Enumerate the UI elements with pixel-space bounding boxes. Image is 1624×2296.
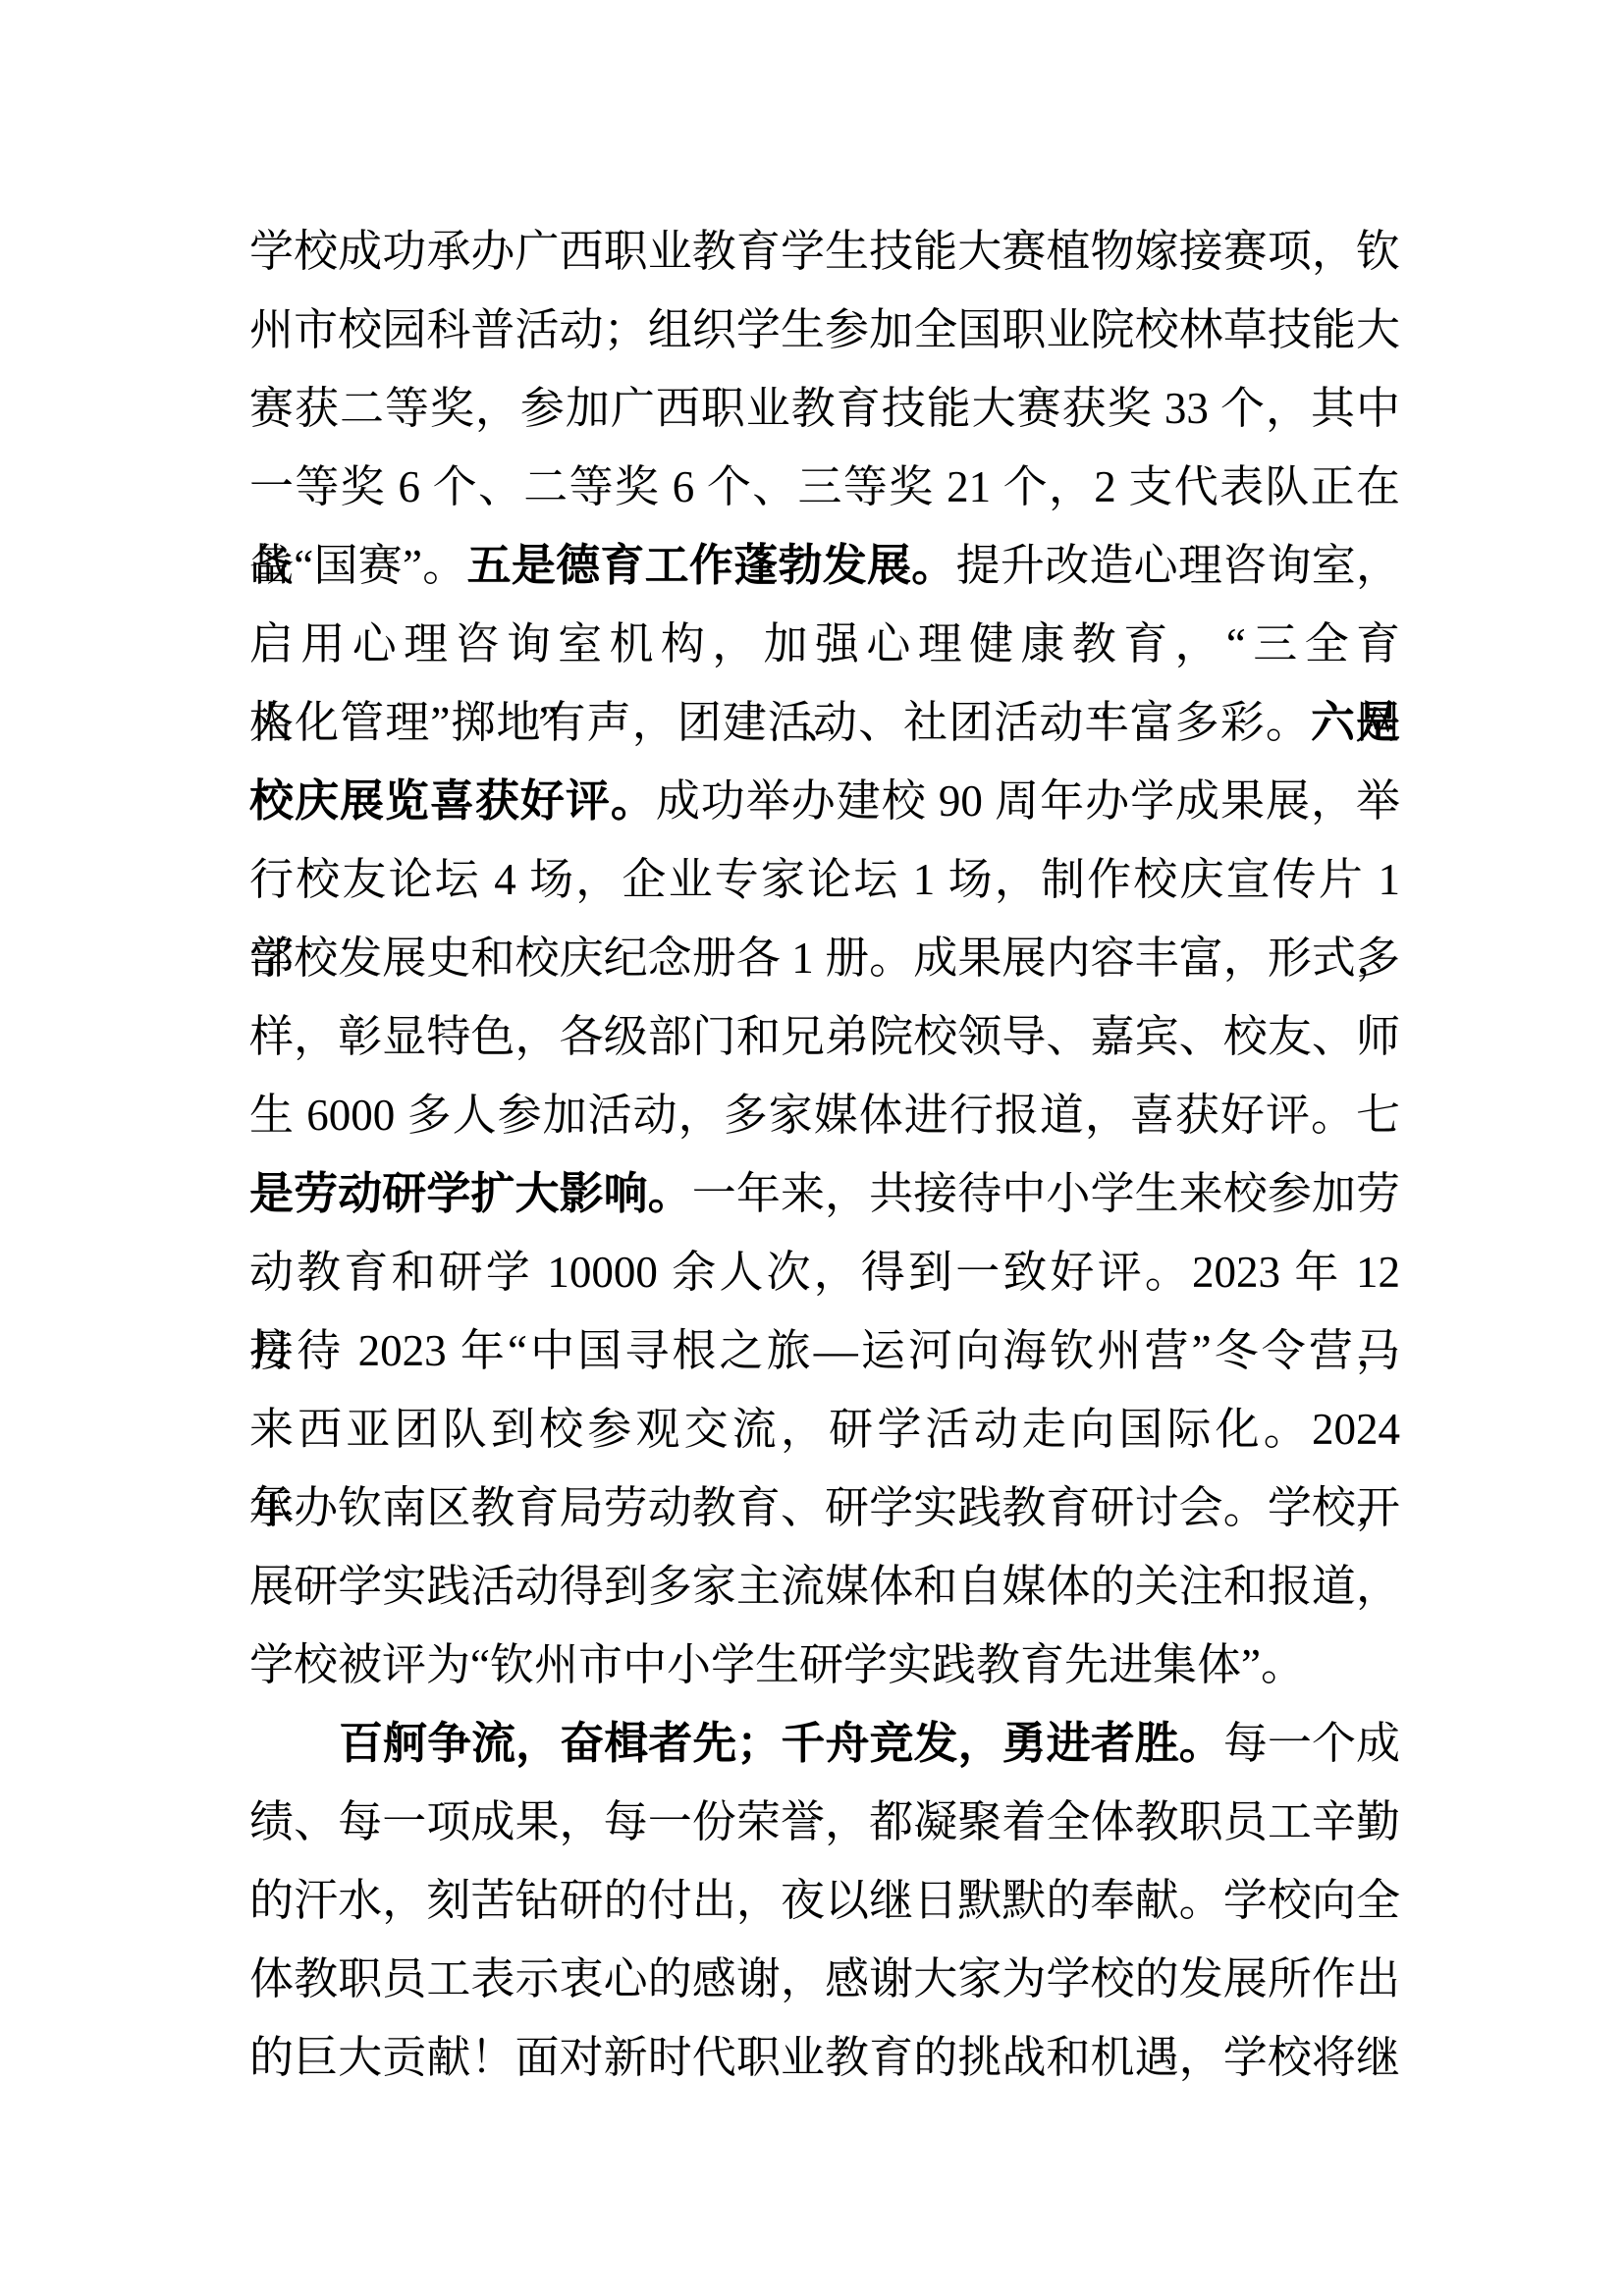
text-segment: 提升改造心理咨询室， xyxy=(956,541,1400,590)
text-segment: 的汗水，刻苦钻研的付出，夜以继日默默的奉献。学校向全 xyxy=(249,1876,1400,1925)
text-segment: 州市校园科普活动；组织学生参加全国职业院校林草技能大 xyxy=(249,305,1400,354)
bold-text-segment: 六是 xyxy=(1311,698,1400,747)
text-line: 动教育和研学 10000 余人次，得到一致好评。2023 年 12 月， xyxy=(249,1233,1400,1311)
text-line: 接待 2023 年“中国寻根之旅—运河向海钦州营”冬令营马 xyxy=(249,1311,1400,1390)
text-line: 百舸争流，奋楫者先；千舟竞发，勇进者胜。每一个成 xyxy=(249,1704,1400,1783)
text-line: 生 6000 多人参加活动，多家媒体进行报道，喜获好评。七 xyxy=(249,1076,1400,1154)
document-text: 学校成功承办广西职业教育学生技能大赛植物嫁接赛项，钦州市校园科普活动；组织学生参… xyxy=(249,212,1400,2097)
text-line: 格化管理”掷地有声，团建活动、社团活动丰富多彩。六是 xyxy=(249,683,1400,762)
text-segment: 样，彰显特色，各级部门和兄弟院校领导、嘉宾、校友、师 xyxy=(249,1012,1400,1061)
text-segment: 学校成功承办广西职业教育学生技能大赛植物嫁接赛项，钦 xyxy=(249,227,1400,276)
bold-text-segment: 是劳动研学扩大影响。 xyxy=(249,1169,692,1218)
text-line: 校庆展览喜获好评。成功举办建校 90 周年办学成果展，举 xyxy=(249,762,1400,840)
text-line: 样，彰显特色，各级部门和兄弟院校领导、嘉宾、校友、师 xyxy=(249,997,1400,1076)
text-segment: 成功举办建校 90 周年办学成果展，举 xyxy=(656,776,1400,826)
text-line: 州市校园科普活动；组织学生参加全国职业院校林草技能大 xyxy=(249,291,1400,369)
text-line: 展研学实践活动得到多家主流媒体和自媒体的关注和报道， xyxy=(249,1547,1400,1626)
text-segment: 学校被评为“钦州市中小学生研学实践教育先进集体”。 xyxy=(249,1640,1305,1689)
text-segment: 战“国赛”。 xyxy=(249,541,467,590)
text-line: 体教职员工表示衷心的感谢，感谢大家为学校的发展所作出 xyxy=(249,1940,1400,2018)
text-line: 行校友论坛 4 场，企业专家论坛 1 场，制作校庆宣传片 1 部， xyxy=(249,840,1400,919)
text-segment: 一年来，共接待中小学生来校参加劳 xyxy=(692,1169,1400,1218)
text-segment: 绩、每一项成果，每一份荣誉，都凝聚着全体教职员工辛勤 xyxy=(249,1797,1400,1846)
text-line: 是劳动研学扩大影响。一年来，共接待中小学生来校参加劳 xyxy=(249,1154,1400,1233)
text-line: 战“国赛”。五是德育工作蓬勃发展。提升改造心理咨询室， xyxy=(249,526,1400,605)
document-page: 学校成功承办广西职业教育学生技能大赛植物嫁接赛项，钦州市校园科普活动；组织学生参… xyxy=(0,0,1624,2296)
text-segment: 体教职员工表示衷心的感谢，感谢大家为学校的发展所作出 xyxy=(249,1954,1400,2003)
text-segment: 每一个成 xyxy=(1223,1719,1400,1768)
text-line: 的巨大贡献！面对新时代职业教育的挑战和机遇，学校将继 xyxy=(249,2018,1400,2097)
text-line: 赛获二等奖，参加广西职业教育技能大赛获奖 33 个，其中 xyxy=(249,369,1400,448)
text-segment: 格化管理”掷地有声，团建活动、社团活动丰富多彩。 xyxy=(249,698,1311,747)
text-segment: 赛获二等奖，参加广西职业教育技能大赛获奖 33 个，其中 xyxy=(249,384,1400,433)
text-segment: 承办钦南区教育局劳动教育、研学实践教育研讨会。学校开 xyxy=(249,1483,1400,1532)
text-segment: 生 6000 多人参加活动，多家媒体进行报道，喜获好评。七 xyxy=(249,1091,1400,1140)
text-segment: 接待 2023 年“中国寻根之旅—运河向海钦州营”冬令营马 xyxy=(249,1326,1400,1375)
text-line: 启用心理咨询室机构，加强心理健康教育，“三全育人”、“网 xyxy=(249,605,1400,683)
text-line: 一等奖 6 个、二等奖 6 个、三等奖 21 个，2 支代表队正在备 xyxy=(249,448,1400,526)
text-segment: 学校发展史和校庆纪念册各 1 册。成果展内容丰富，形式多 xyxy=(249,934,1400,983)
text-line: 学校发展史和校庆纪念册各 1 册。成果展内容丰富，形式多 xyxy=(249,919,1400,997)
text-line: 学校成功承办广西职业教育学生技能大赛植物嫁接赛项，钦 xyxy=(249,212,1400,291)
text-line: 来西亚团队到校参观交流，研学活动走向国际化。2024 年， xyxy=(249,1390,1400,1468)
text-line: 的汗水，刻苦钻研的付出，夜以继日默默的奉献。学校向全 xyxy=(249,1861,1400,1940)
bold-text-segment: 校庆展览喜获好评。 xyxy=(249,776,656,826)
text-segment: 的巨大贡献！面对新时代职业教育的挑战和机遇，学校将继 xyxy=(249,2033,1400,2082)
text-line: 绩、每一项成果，每一份荣誉，都凝聚着全体教职员工辛勤 xyxy=(249,1783,1400,1861)
bold-text-segment: 百舸争流，奋楫者先；千舟竞发，勇进者胜。 xyxy=(339,1719,1223,1768)
text-line: 承办钦南区教育局劳动教育、研学实践教育研讨会。学校开 xyxy=(249,1468,1400,1547)
text-segment: 展研学实践活动得到多家主流媒体和自媒体的关注和报道， xyxy=(249,1562,1400,1611)
text-line: 学校被评为“钦州市中小学生研学实践教育先进集体”。 xyxy=(249,1626,1400,1704)
bold-text-segment: 五是德育工作蓬勃发展。 xyxy=(467,541,956,590)
